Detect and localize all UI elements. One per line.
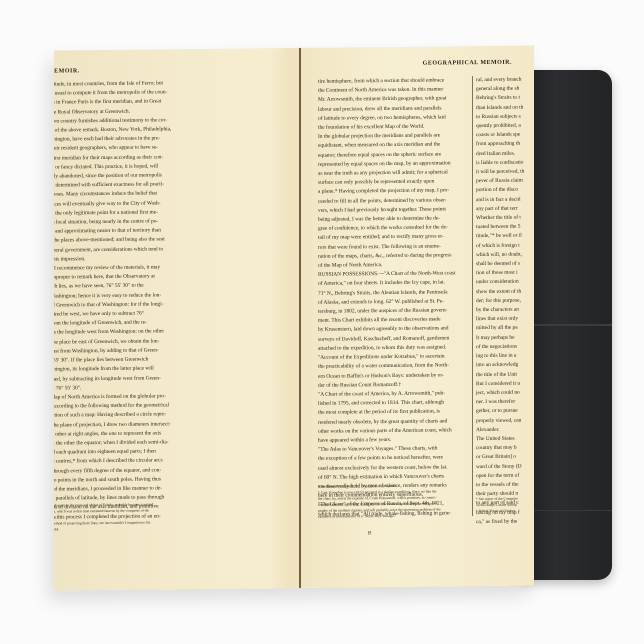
signature-mark: B [368, 531, 371, 536]
right-running-head: GEOGRAPHICAL MEMOIR. [423, 60, 512, 67]
left-page-footnotes: ths are degrees to the eastward of that … [54, 501, 239, 533]
right-page-footnotes-col1: * See Rees's Cyclopedia, Art. Projection… [318, 482, 468, 520]
left-page-text: longitude, in most countries, from the I… [54, 79, 239, 523]
text-line: ca," as fixed by the [476, 517, 534, 527]
text-line: other works on the various parts of the … [318, 426, 468, 437]
book-page-spread: MEMOIR. longitude, in most countries, fr… [54, 45, 534, 590]
right-page-footnotes-col2: * See report of the Committeon this subj… [476, 495, 534, 514]
left-page: MEMOIR. longitude, in most countries, fr… [54, 48, 299, 591]
text-line: used almost exclusively for the western … [318, 463, 468, 474]
right-page-column-1: tire hemisphere, from which a section th… [318, 76, 468, 519]
column-divider [472, 76, 473, 516]
right-page-column-2: ral, and every branchgeneral along the s… [476, 75, 534, 527]
right-page: GEOGRAPHICAL MEMOIR. tire hemisphere, fr… [304, 45, 534, 587]
product-mockup: MEMOIR. longitude, in most countries, fr… [0, 0, 644, 644]
footnote-line: † British Treaty of October [476, 507, 534, 514]
text-line: the practicability of a water communicat… [318, 361, 468, 372]
left-running-head: MEMOIR. [54, 68, 80, 74]
text-line: Mr. Arrowsmith, the eminent British geog… [318, 95, 468, 106]
footnote-line: existence or non-existence of a "North-W… [318, 512, 468, 520]
book-spine-crease [299, 48, 301, 588]
text-line: ration of the maps, charts, &c., referre… [318, 251, 468, 262]
